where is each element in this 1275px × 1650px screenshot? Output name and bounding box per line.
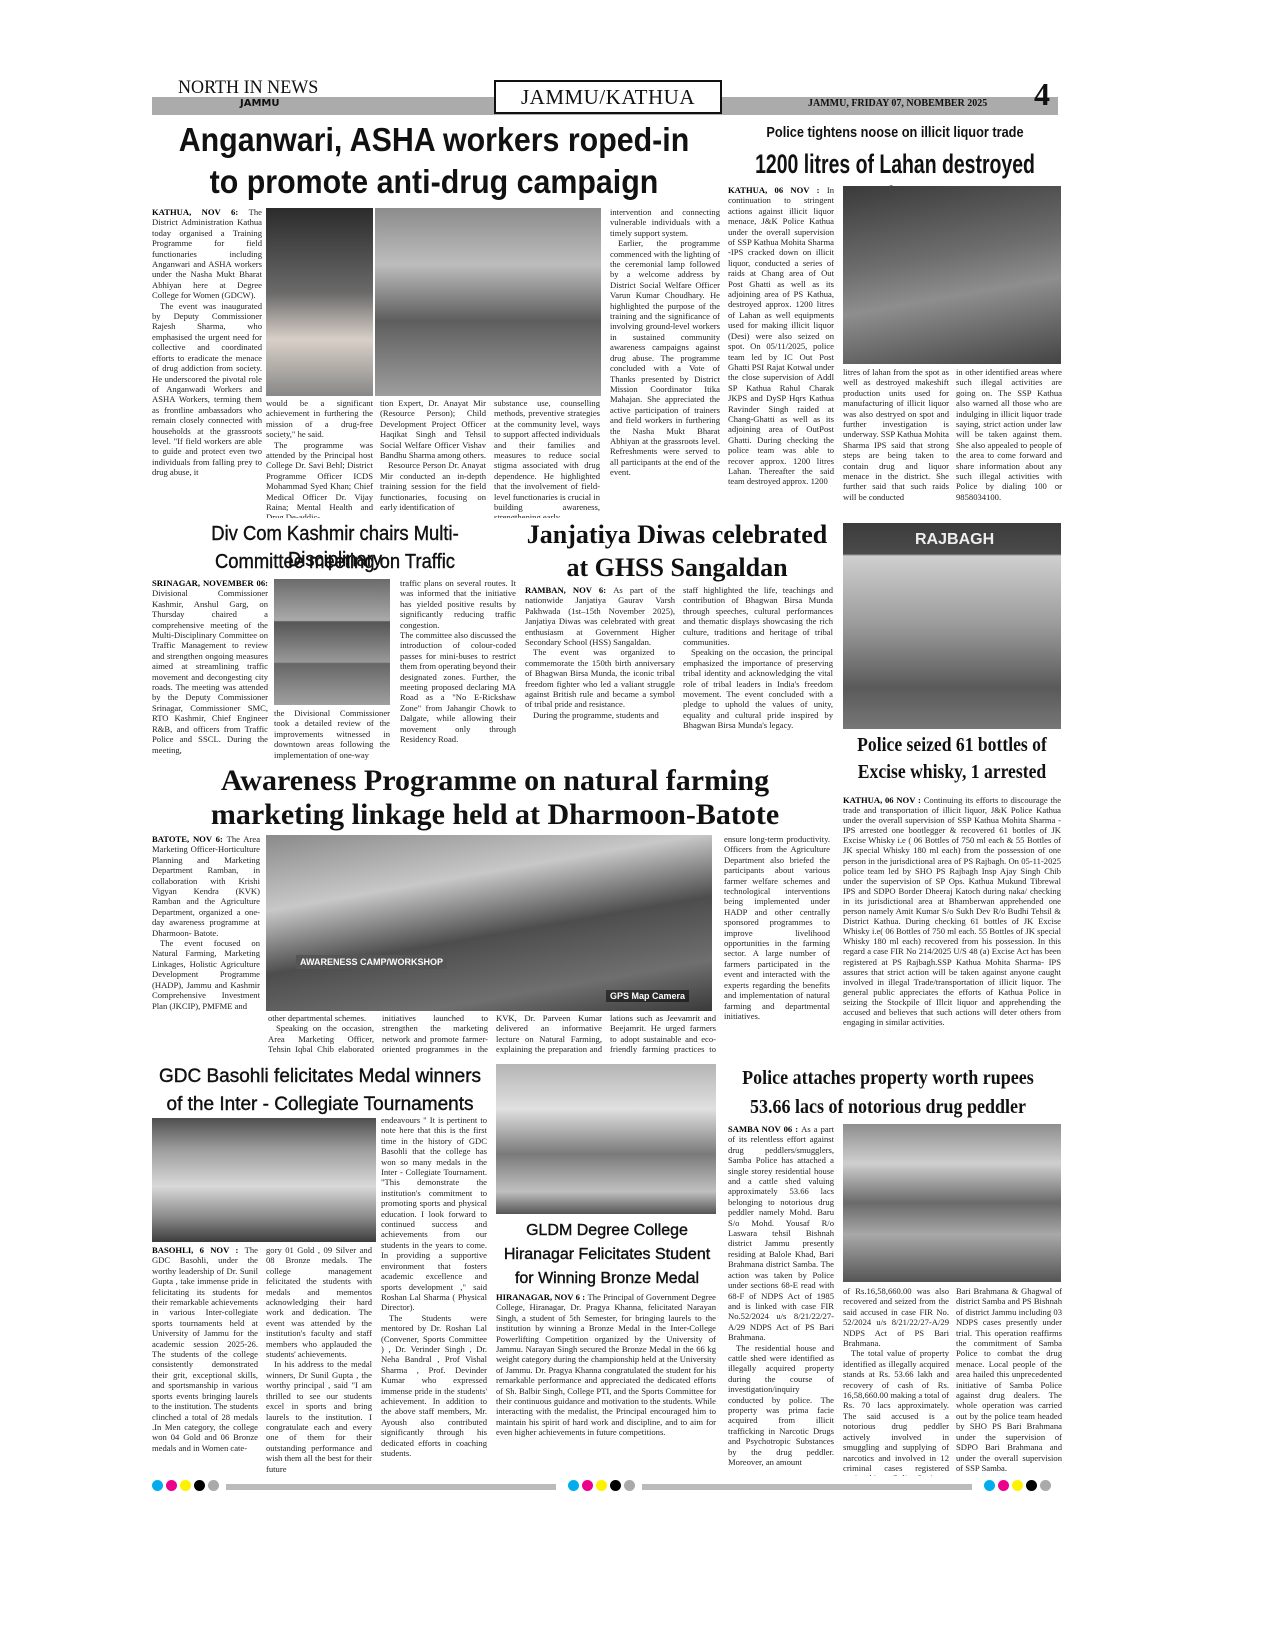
section-box: JAMMU/KATHUA [494, 80, 722, 114]
headline-anganwari-2: to promote anti-drug campaign [173, 162, 696, 202]
registration-dot-magenta [582, 1480, 593, 1491]
article-dateline: SRINAGAR, NOVEMBER 06 [152, 578, 265, 588]
article-text: Bari Brahmana & Ghagwal of district Samb… [956, 1286, 1062, 1473]
article-divcom-col2: the Divisional Commissioner took a detai… [274, 708, 390, 764]
dateline: JAMMU, FRIDAY 07, NOBEMBER 2025 [808, 98, 987, 109]
article-dateline: BASOHLI, 6 NOV [152, 1245, 229, 1255]
registration-dot-grey [1040, 1480, 1051, 1491]
article-divcom-col3: traffic plans on several routes. It was … [400, 578, 516, 764]
registration-dot-grey [624, 1480, 635, 1491]
photo-lahan-destroyed [843, 186, 1061, 364]
registration-dot-black [610, 1480, 621, 1491]
article-text: The total value of property identified a… [843, 1348, 949, 1476]
article-text: Resource Person Dr. Anayat Mir conducted… [380, 460, 486, 512]
article-text: staff highlighted the life, teachings an… [683, 585, 833, 647]
headline-gldm-3: for Winning Bronze Medal [494, 1267, 720, 1291]
article-awareness-col5: lations such as Jeevamrit and Beejamrit.… [610, 1013, 716, 1057]
article-text: would be a significant achievement in fu… [266, 398, 373, 440]
registration-marks-right [984, 1478, 1054, 1496]
section-title: JAMMU/KATHUA [521, 85, 695, 110]
article-samba-col1: SAMBA NOV 06 : As a part of its relentle… [728, 1124, 834, 1476]
article-text: The Students were mentored by Dr. Roshan… [381, 1313, 487, 1459]
paper-name: NORTH IN NEWS [178, 77, 318, 99]
article-text: litres of lahan from the spot as well as… [843, 367, 949, 502]
photo-gldm-student-felicitation [496, 1064, 716, 1214]
article-anganwari-col1: KATHUA, NOV 6: The District Administrati… [152, 207, 262, 517]
article-divcom-col1: SRINAGAR, NOVEMBER 06: Divisional Commis… [152, 578, 268, 764]
article-dateline: KATHUA, 06 NOV [843, 795, 915, 805]
photo-awareness-farmers: AWARENESS CAMP/WORKSHOP GPS Map Camera [266, 835, 712, 1011]
article-text: ensure long-term productivity. Officers … [724, 834, 830, 1021]
headline-anganwari-1: Anganwari, ASHA workers roped-in [173, 120, 696, 160]
article-awareness-col3: initiatives launched to strengthen the m… [382, 1013, 488, 1057]
article-lahan-col1: KATHUA, 06 NOV : In continuation to stri… [728, 185, 834, 515]
article-anganwari-col2: would be a significant achievement in fu… [266, 398, 373, 518]
article-dateline: SAMBA NOV 06 [728, 1124, 792, 1134]
article-anganwari-col4: substance use, counselling methods, prev… [494, 398, 600, 518]
registration-dot-magenta [998, 1480, 1009, 1491]
article-text: endeavours " It is pertinent to note her… [381, 1115, 487, 1313]
article-text: In his address to the medal winners, Dr … [266, 1359, 372, 1473]
article-anganwari-col3: tion Expert, Dr. Anayat Mir (Resource Pe… [380, 398, 486, 518]
article-basohli-col3: endeavours " It is pertinent to note her… [381, 1115, 487, 1475]
article-text: Earlier, the programme commenced with th… [610, 238, 720, 477]
registration-dot-yellow [1012, 1480, 1023, 1491]
article-dateline: HIRANAGAR, NOV 6 [496, 1292, 580, 1302]
article-text: The Area Marketing Officer-Horticulture … [152, 834, 260, 938]
article-janjatiya-col2: staff highlighted the life, teachings an… [683, 585, 833, 765]
article-text: The programme was attended by the Princi… [266, 440, 373, 518]
photo-basohli-medal-winners [152, 1118, 376, 1242]
article-text: Continuing its efforts to discourage the… [843, 795, 1061, 1027]
article-text: In continuation to stringent actions aga… [728, 185, 834, 486]
registration-dot-magenta [166, 1480, 177, 1491]
photo-sign-text: RAJBAGH [915, 531, 994, 549]
registration-bar [642, 1484, 972, 1490]
article-text: intervention and connecting vulnerable i… [610, 207, 720, 238]
article-text: The event was organized to commemorate t… [525, 647, 675, 709]
headline-janjatiya-2: at GHSS Sangaldan [518, 553, 836, 583]
registration-dot-yellow [180, 1480, 191, 1491]
headline-janjatiya-1: Janjatiya Diwas celebrated [518, 520, 836, 550]
article-text: The District Administration Kathua today… [152, 207, 262, 300]
registration-dot-cyan [152, 1480, 163, 1491]
photo-watermark: GPS Map Camera [606, 990, 689, 1002]
photo-samba-property [843, 1124, 1061, 1282]
article-dateline: RAMBAN, NOV 6 [525, 585, 603, 595]
article-text: Speaking on the occasion, the principal … [683, 647, 833, 730]
article-gldm-body: HIRANAGAR, NOV 6 : The Principal of Gove… [496, 1292, 716, 1475]
headline-samba-1: Police attaches property worth rupees [730, 1064, 1047, 1092]
article-dateline: KATHUA, NOV 6 [152, 207, 235, 217]
article-text: lations such as Jeevamrit and Beejamrit.… [610, 1013, 716, 1057]
registration-dot-grey [208, 1480, 219, 1491]
headline-rajbagh-1: Police seized 61 bottles of [852, 732, 1053, 758]
article-janjatiya-col1: RAMBAN, NOV 6: As part of the nationwide… [525, 585, 675, 765]
page-number: 4 [1034, 76, 1050, 113]
article-anganwari-col5: intervention and connecting vulnerable i… [610, 207, 720, 517]
article-samba-col3: Bari Brahmana & Ghagwal of district Samb… [956, 1286, 1062, 1476]
article-awareness-col2: other departmental schemes. Speaking on … [268, 1013, 374, 1057]
registration-marks-center [568, 1478, 972, 1496]
article-samba-col2: of Rs.16,58,660.00 was also recovered an… [843, 1286, 949, 1476]
registration-dot-yellow [596, 1480, 607, 1491]
photo-banner-text: AWARENESS CAMP/WORKSHOP [296, 955, 447, 969]
article-text: As a part of its relentless effort again… [728, 1124, 834, 1342]
article-text: The residential house and cattle shed we… [728, 1343, 834, 1468]
headline-samba-2: 53.66 lacs of notorious drug peddler [730, 1093, 1047, 1121]
registration-dot-cyan [568, 1480, 579, 1491]
article-awareness-col6: ensure long-term productivity. Officers … [724, 834, 830, 1056]
article-text: other departmental schemes. [268, 1013, 374, 1023]
kicker-lahan: Police tightens noose on illicit liquor … [759, 124, 1031, 141]
registration-marks-left [152, 1478, 556, 1496]
article-text: of Rs.16,58,660.00 was also recovered an… [843, 1286, 949, 1348]
registration-dot-black [194, 1480, 205, 1491]
headline-rajbagh-2: Excise whisky, 1 arrested [852, 759, 1053, 785]
article-text: Speaking on the occasion, Area Marketing… [268, 1023, 374, 1057]
article-text: traffic plans on several routes. It was … [400, 578, 516, 630]
photo-anganwari-audience [375, 208, 601, 396]
headline-gldm-1: GLDM Degree College [494, 1219, 720, 1243]
article-dateline: KATHUA, 06 NOV [728, 185, 809, 195]
article-text: During the programme, students and [525, 710, 675, 720]
headline-basohli-1: GDC Basohli felicitates Medal winners [150, 1064, 490, 1090]
article-text: KVK, Dr. Parveen Kumar delivered an info… [496, 1013, 602, 1057]
registration-dot-black [1026, 1480, 1037, 1491]
article-text: substance use, counselling methods, prev… [494, 398, 600, 518]
article-text: tion Expert, Dr. Anayat Mir (Resource Pe… [380, 398, 486, 460]
article-dateline: BATOTE, NOV 6 [152, 834, 220, 844]
article-text: The GDC Basohli, under the worthy leader… [152, 1245, 258, 1453]
article-awareness-col4: KVK, Dr. Parveen Kumar delivered an info… [496, 1013, 602, 1057]
article-basohli-col1: BASOHLI, 6 NOV : The GDC Basohli, under … [152, 1245, 258, 1475]
headline-awareness-2: marketing linkage held at Dharmoon-Batot… [150, 798, 840, 832]
article-text: The event was inaugurated by Deputy Comm… [152, 301, 262, 478]
photo-anganwari-speaker [266, 208, 373, 396]
article-lahan-col2: litres of lahan from the spot as well as… [843, 367, 949, 517]
photo-rajbagh-seizure: RAJBAGH [843, 523, 1061, 729]
photo-divcom-meeting-collage [274, 579, 390, 705]
article-text: in other identified areas where such ill… [956, 367, 1062, 502]
headline-gldm-2: Hiranagar Felicitates Student [494, 1243, 720, 1267]
article-text: The event focused on Natural Farming, Ma… [152, 938, 260, 1011]
registration-dot-cyan [984, 1480, 995, 1491]
article-text: initiatives launched to strengthen the m… [382, 1013, 488, 1057]
registration-bar [226, 1484, 556, 1490]
article-text: The Principal of Government Degree Colle… [496, 1292, 716, 1437]
article-basohli-col2: gory 01 Gold , 09 Silver and 08 Bronze m… [266, 1245, 372, 1475]
article-rajbagh-body: KATHUA, 06 NOV : Continuing its efforts … [843, 795, 1061, 1051]
article-lahan-col3: in other identified areas where such ill… [956, 367, 1062, 517]
headline-awareness-1: Awareness Programme on natural farming [150, 764, 840, 798]
article-text: the Divisional Commissioner took a detai… [274, 708, 390, 760]
article-text: Divisional Commissioner Kashmir, Anshul … [152, 588, 268, 754]
article-awareness-col1: BATOTE, NOV 6: The Area Marketing Office… [152, 834, 260, 1056]
article-text: The committee also discussed the introdu… [400, 630, 516, 744]
edition-label: JAMMU [240, 98, 279, 109]
article-text: gory 01 Gold , 09 Silver and 08 Bronze m… [266, 1245, 372, 1359]
